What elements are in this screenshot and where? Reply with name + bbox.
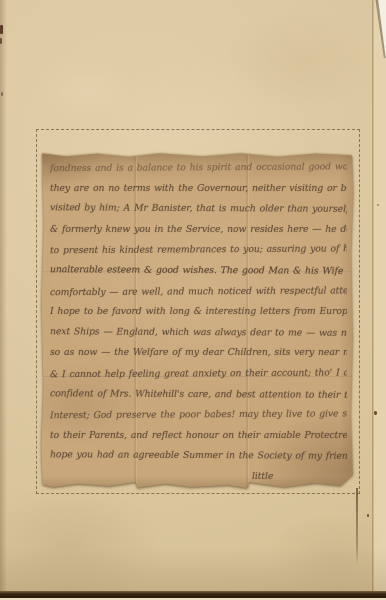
letter-line: confident of Mrs. Whitehill's care, and … bbox=[50, 384, 347, 406]
letter-line: & I cannot help feeling great anxiety on… bbox=[50, 363, 347, 385]
margin-speck bbox=[377, 204, 379, 206]
bottom-page-shading bbox=[0, 548, 386, 592]
letter-line: so as now — the Welfare of my dear Child… bbox=[50, 343, 347, 364]
scanned-album-page: fondness and is a balance to his spirit … bbox=[0, 0, 386, 600]
letter-scan: fondness and is a balance to his spirit … bbox=[41, 152, 353, 488]
edge-stain-mark bbox=[1, 92, 3, 96]
letter-line: to present his kindest remembrances to y… bbox=[50, 240, 347, 262]
letter-line: & formerly knew you in the Service, now … bbox=[50, 220, 347, 241]
letter-line: unalterable esteem & good wishes. The go… bbox=[50, 260, 347, 282]
letter-line: they are on no terms with the Governour,… bbox=[50, 179, 347, 200]
handwritten-text-block: fondness and is a balance to his spirit … bbox=[50, 158, 347, 488]
margin-speck bbox=[367, 514, 369, 517]
letter-line: little bbox=[252, 467, 347, 488]
letter-line: Interest; God preserve the poor babes! m… bbox=[50, 405, 347, 427]
letter-line: I hope to be favord with long & interest… bbox=[50, 302, 347, 323]
edge-stain-mark bbox=[0, 25, 3, 34]
edge-stain-mark bbox=[0, 38, 2, 44]
letter-line: fondness and is a balance to his spirit … bbox=[50, 157, 347, 179]
letter-line: next Ships — England, which was always d… bbox=[50, 322, 347, 344]
adjacent-page-edge bbox=[372, 0, 386, 600]
letter-paper: fondness and is a balance to his spirit … bbox=[41, 152, 353, 488]
letter-line: comfortably — are well, and much noticed… bbox=[50, 281, 347, 303]
letter-line: to their Parents, and reflect honour on … bbox=[50, 426, 347, 447]
letter-line: hope you had an agreeable Summer in the … bbox=[50, 446, 347, 468]
margin-speck bbox=[374, 411, 377, 415]
letter-line: visited by him; A Mr Banister, that is m… bbox=[50, 198, 347, 220]
left-edge-shadow bbox=[0, 0, 7, 600]
